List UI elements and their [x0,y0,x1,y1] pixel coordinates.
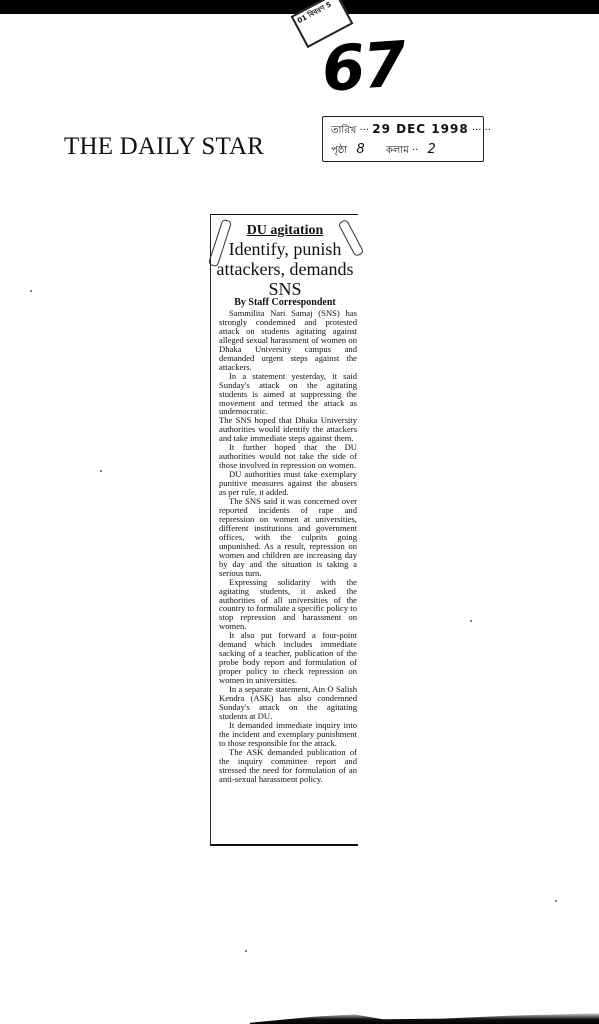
page-value: 8 [356,142,364,157]
article-paragraph: It demanded immediate inquiry into the i… [219,721,357,748]
article-paragraph: Expressing solidarity with the agitating… [219,578,357,632]
date-value: 29 DEC 1998 [372,122,468,136]
page-label: পৃষ্ঠা [331,145,347,156]
article-headline: Identify, punish attackers, demands SNS [211,239,359,299]
handwritten-archive-number: 67 [320,27,407,106]
article-body: Sammilita Nari Samaj (SNS) has strongly … [219,309,357,784]
article-paragraph: It further hoped that the DU authorities… [219,443,357,470]
article-paragraph: In a statement yesterday, it said Sunday… [219,372,357,417]
date-page-stamp: তারিখ ··· 29 DEC 1998 ··· ·· পৃষ্ঠা 8 কল… [322,116,484,162]
column-value: 2 [428,142,436,157]
article-kicker: DU agitation [211,223,359,239]
article-paragraph: The ASK demanded publication of the inqu… [219,748,357,784]
article-paragraph: It also put forward a four-point demand … [219,631,357,685]
scan-speck [245,950,247,952]
article-paragraph: In a separate statement, Ain O Salish Ke… [219,685,357,721]
article-paragraph: The SNS said it was concerned over repor… [219,497,357,578]
scan-speck [555,900,557,902]
newspaper-masthead: THE DAILY STAR [64,133,264,161]
scan-bottom-edge [250,1012,599,1024]
news-article-clipping: DU agitation Identify, punish attackers,… [210,214,358,846]
column-label: কলাম [386,145,409,156]
scan-speck [470,620,472,622]
article-paragraph: Sammilita Nari Samaj (SNS) has strongly … [219,309,357,372]
article-paragraph: DU authorities must take exemplary punit… [219,470,357,497]
scan-speck [30,290,32,292]
date-label: তারিখ [331,125,356,136]
article-paragraph: The SNS hoped that Dhaka University auth… [219,416,357,443]
article-byline: By Staff Correspondent [211,297,359,308]
scan-speck [100,470,102,472]
